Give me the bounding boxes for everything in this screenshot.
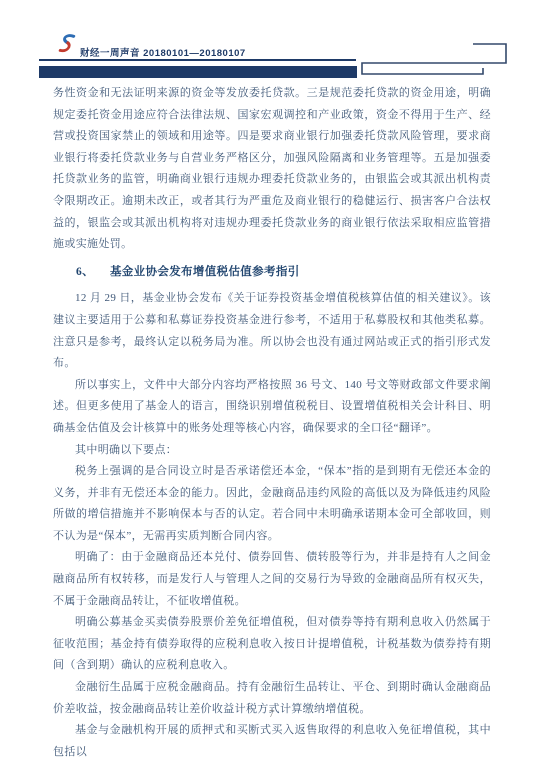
page-number: 7: [269, 709, 274, 720]
header-corner-decoration-icon: [0, 30, 543, 80]
paragraph: 12 月 29 日，基金业协会发布《关于证券投资基金增值税核算估值的相关建议》。…: [53, 288, 491, 374]
paragraph: 税务上强调的是合同设立时是否承诺偿还本金，“保本”指的是到期有无偿还本金的义务，…: [53, 461, 491, 547]
document-body: 务性资金和无法证明来源的资金等发放委托贷款。三是规范委托贷款的资金用途，明确规定…: [53, 83, 491, 763]
paragraph: 明确公募基金买卖债券股票价差免征增值税，但对债券等持有期利息收入仍然属于征收范围…: [53, 612, 491, 677]
document-page: 财经一周声音 20180101—20180107 务性资金和无法证明来源的资金等…: [0, 0, 543, 768]
paragraph: 明确了：由于金融商品还本兑付、债券回售、债转股等行为，并非是持有人之间金融商品所…: [53, 547, 491, 612]
paragraph: 其中明确以下要点：: [53, 440, 491, 462]
section-heading: 6、基金业协会发布增值税估值参考指引: [53, 262, 491, 284]
paragraph-continuation: 务性资金和无法证明来源的资金等发放委托贷款。三是规范委托贷款的资金用途，明确规定…: [53, 83, 491, 256]
paragraph: 基金与金融机构开展的质押式和买断式买入返售取得的利息收入免征增值税，其中包括以: [53, 720, 491, 763]
page-footer: 7: [0, 704, 543, 722]
section-number: 6、: [76, 266, 94, 278]
paragraph: 所以事实上，文件中大部分内容均严格按照 36 号文、140 号文等财政部文件要求…: [53, 375, 491, 440]
section-title: 基金业协会发布增值税估值参考指引: [110, 266, 300, 278]
